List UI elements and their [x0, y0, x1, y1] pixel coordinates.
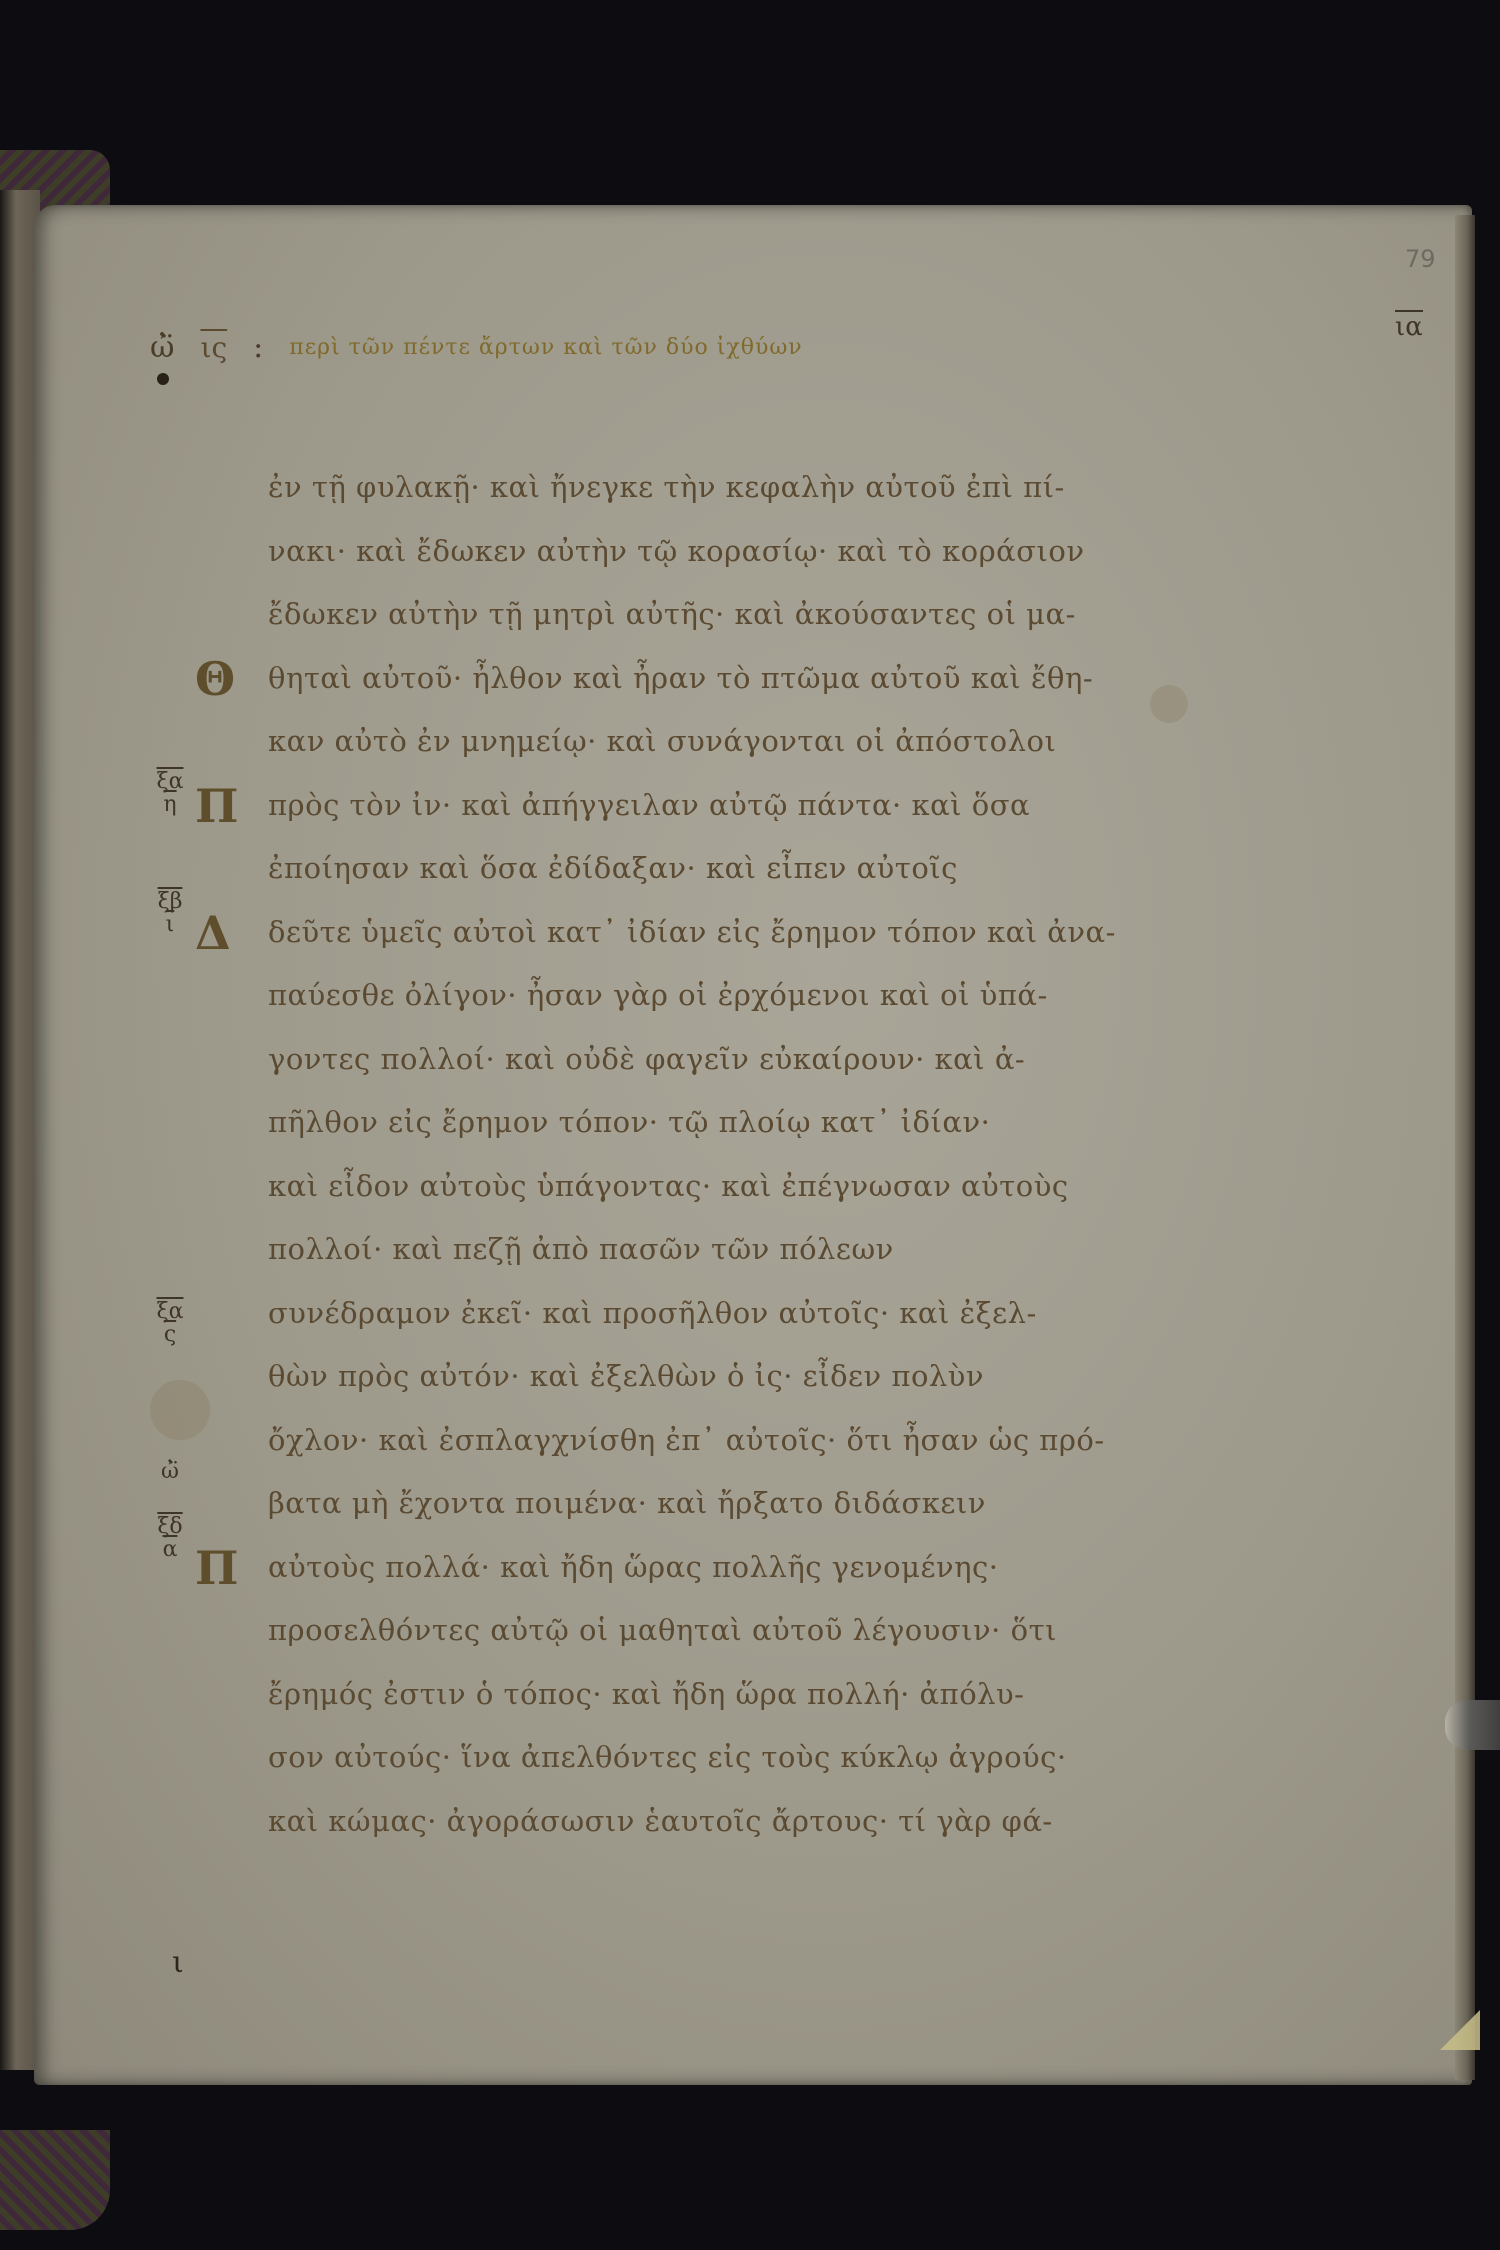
initial-letter: Π	[195, 1541, 238, 1595]
text-line: συνέδραμον ἐκεῖ· καὶ προσῆλθον αὐτοῖς· κ…	[268, 1282, 1128, 1346]
initial-letter: Θ	[195, 652, 235, 706]
margin-note: ξβ ι	[150, 890, 190, 936]
margin-note: ξδ α	[150, 1515, 190, 1561]
text-line: πολλοί· καὶ πεζῇ ἀπὸ πασῶν τῶν πόλεων	[268, 1218, 1128, 1282]
page-tab-marker	[1445, 1700, 1500, 1750]
margin-note-top: ξδ	[150, 1515, 190, 1538]
dot-mark-icon	[157, 373, 169, 385]
section-header: ὠ̈ ις : περὶ τῶν πέντε ἄρτων καὶ τῶν δύο…	[150, 325, 803, 369]
text-line: προσελθόντες αὐτῷ οἱ μαθηταὶ αὐτοῦ λέγου…	[268, 1599, 1128, 1663]
main-text-block: ἐν τῇ φυλακῇ· καὶ ἤνεγκε τὴν κεφαλὴν αὐτ…	[268, 456, 1128, 1853]
initial-letter: Π	[195, 779, 238, 833]
margin-note: ξα η	[150, 770, 190, 816]
text-line: ἐν τῇ φυλακῇ· καὶ ἤνεγκε τὴν κεφαλὴν αὐτ…	[268, 456, 1128, 520]
text-line: θηταὶ αὐτοῦ· ἦλθον καὶ ἦραν τὸ πτῶμα αὐτ…	[268, 647, 1128, 711]
text-line: ἔρημός ἐστιν ὁ τόπος· καὶ ἤδη ὥρα πολλή·…	[268, 1663, 1128, 1727]
margin-note-bottom: ς	[150, 1323, 190, 1346]
text-line: πῆλθον εἰς ἔρημον τόπον· τῷ πλοίῳ κατ᾿ ἰ…	[268, 1091, 1128, 1155]
margin-note-bottom: α	[150, 1538, 190, 1561]
text-line: δεῦτε ὑμεῖς αὐτοὶ κατ᾿ ἰδίαν εἰς ἔρημον …	[268, 901, 1128, 965]
folio-number: 79	[1405, 245, 1436, 273]
margin-note: ξα ς	[150, 1300, 190, 1346]
text-line: παύεσθε ὀλίγον· ἦσαν γὰρ οἱ ἐρχόμενοι κα…	[268, 964, 1128, 1028]
quire-signature: ια	[1395, 310, 1423, 340]
text-line: καν αὐτὸ ἐν μνημείῳ· καὶ συνάγονται οἱ ἀ…	[268, 710, 1128, 774]
text-line: σον αὐτούς· ἵνα ἀπελθόντες εἰς τοὺς κύκλ…	[268, 1726, 1128, 1790]
margin-note-bottom: η	[150, 793, 190, 816]
initial-letter: Δ	[195, 906, 231, 960]
text-line: ἔδωκεν αὐτὴν τῇ μητρὶ αὐτῆς· καὶ ἀκούσαν…	[268, 583, 1128, 647]
text-line: νακι· καὶ ἔδωκεν αὐτὴν τῷ κορασίῳ· καὶ τ…	[268, 520, 1128, 584]
marginal-symbol-icon: ὠ̈	[150, 330, 174, 365]
gutter-mark: ι	[172, 1945, 184, 1980]
text-line: αὐτοὺς πολλά· καὶ ἤδη ὥρας πολλῆς γενομέ…	[268, 1536, 1128, 1600]
text-line: βατα μὴ ἔχοντα ποιμένα· καὶ ἤρξατο διδάσ…	[268, 1472, 1128, 1536]
margin-note-top: ξα	[150, 1300, 190, 1323]
text-line: θὼν πρὸς αὐτόν· καὶ ἐξελθὼν ὁ ἰς· εἶδεν …	[268, 1345, 1128, 1409]
section-title: περὶ τῶν πέντε ἄρτων καὶ τῶν δύο ἰχθύων	[289, 335, 802, 360]
separator: :	[253, 330, 263, 365]
text-line: ὄχλον· καὶ ἐσπλαγχνίσθη ἐπ᾿ αὐτοῖς· ὅτι …	[268, 1409, 1128, 1473]
text-line: ἐποίησαν καὶ ὅσα ἐδίδαξαν· καὶ εἶπεν αὐτ…	[268, 837, 1128, 901]
margin-note: ὠ̈	[150, 1460, 190, 1483]
headband-bottom	[0, 2130, 110, 2230]
text-line: γοντες πολλοί· καὶ οὐδὲ φαγεῖν εὐκαίρουν…	[268, 1028, 1128, 1092]
stain	[1150, 685, 1188, 723]
stain	[150, 1380, 210, 1440]
text-line: πρὸς τὸν ἰν· καὶ ἀπήγγειλαν αὐτῷ πάντα· …	[268, 774, 1128, 838]
text-line: καὶ κώμας· ἀγοράσωσιν ἑαυτοῖς ἄρτους· τί…	[268, 1790, 1128, 1854]
margin-note-top: ξα	[150, 770, 190, 793]
margin-note-bottom: ι	[150, 913, 190, 936]
section-number: ις	[200, 331, 227, 364]
page-edge	[1455, 215, 1475, 2080]
margin-note-top: ξβ	[150, 890, 190, 913]
text-line: καὶ εἶδον αὐτοὺς ὑπάγοντας· καὶ ἐπέγνωσα…	[268, 1155, 1128, 1219]
margin-note-top: ὠ̈	[161, 1459, 179, 1484]
